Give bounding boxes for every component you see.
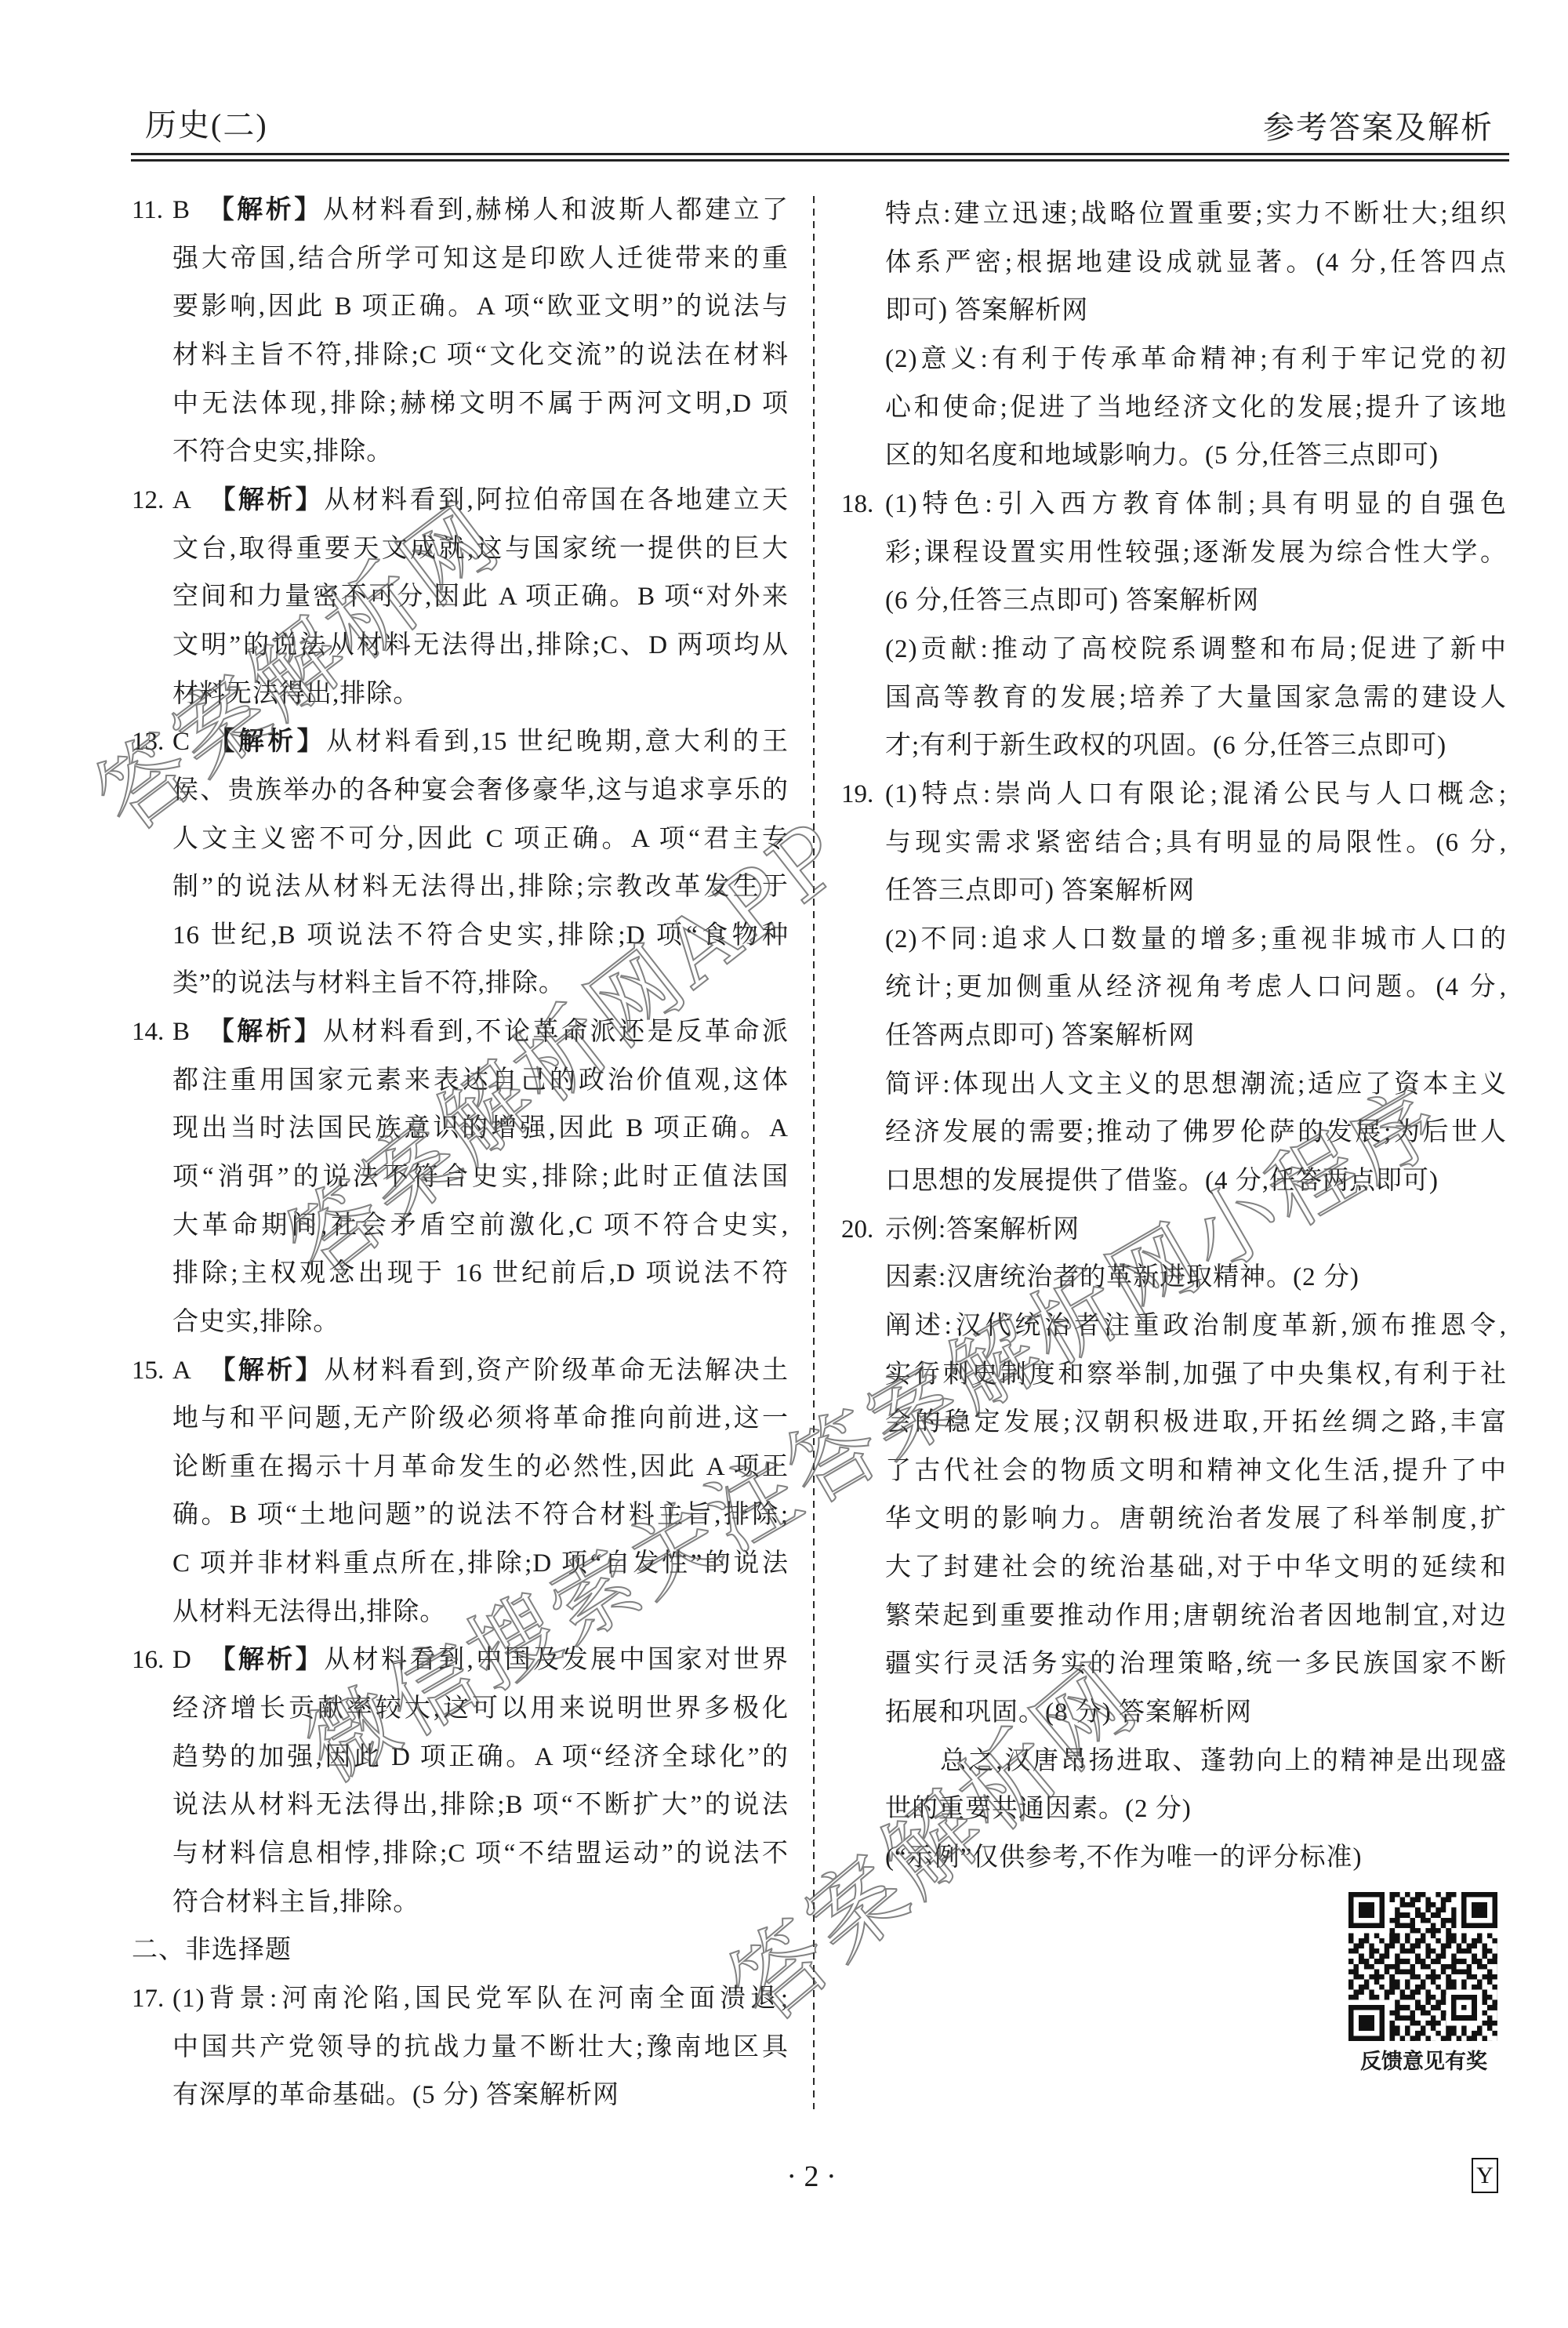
answer-line: 世的重要共通因素。(2 分)	[841, 1785, 1507, 1834]
qr-caption: 反馈意见有奖	[1345, 2049, 1502, 2076]
answer-line: 人文主义密不可分,因此 C 项正确。A 项“君主专	[132, 815, 789, 864]
answer-line: 16 世纪,B 项说法不符合史实,排除;D 项“食物种	[132, 912, 789, 961]
answer-line: (2)贡献:推动了高校院系调整和布局;促进了新中	[841, 626, 1507, 674]
question-18: 18.(1)特色:引入西方教育体制;具有明显的自强色 彩;课程设置实用性较强;逐…	[841, 481, 1507, 771]
question-number: 16.	[132, 1636, 164, 1685]
answer-choice: D	[172, 1646, 192, 1674]
answer-line: 都注重用国家元素来表达自己的政治价值观,这体	[132, 1057, 789, 1106]
answer-line: 从材料无法得出,排除。	[132, 1589, 789, 1637]
line-text: (1)背景:河南沦陷,国民党军队在河南全面溃退;	[172, 1985, 789, 2013]
question-number: 14.	[132, 1008, 164, 1057]
answer-line: 14.B【解析】从材料看到,不论革命派还是反革命派	[132, 1008, 789, 1057]
section-title: 参考答案及解析	[1263, 112, 1494, 143]
answer-line: 任答两点即可) 答案解析网	[841, 1012, 1507, 1061]
question-15: 15.A【解析】从材料看到,资产阶级革命无法解决土 地与和平问题,无产阶级必须将…	[132, 1347, 789, 1637]
answer-line: 阐述:汉代统治者注重政治制度革新,颁布推恩令,	[841, 1302, 1507, 1351]
answer-line: 中无法体现,排除;赫梯文明不属于两河文明,D 项	[132, 380, 789, 429]
subject-title: 历史(二)	[145, 110, 268, 141]
answer-line: 排除;主权观念出现于 16 世纪前后,D 项说法不符	[132, 1250, 789, 1298]
answer-line: 统计;更加侧重从经济视角考虑人口问题。(4 分,	[841, 964, 1507, 1012]
line-text: 从材料看到,阿拉伯帝国在各地建立天	[324, 486, 789, 514]
question-11: 11.B【解析】从材料看到,赫梯人和波斯人都建立了 强大帝国,结合所学可知这是印…	[132, 187, 789, 477]
answer-line: 国高等教育的发展;培养了大量国家急需的建设人	[841, 674, 1507, 723]
answer-line: 19.(1)特点:崇尚人口有限论;混淆公民与人口概念;	[841, 771, 1507, 819]
header-rule-bottom	[131, 159, 1509, 162]
line-text: (1)特点:崇尚人口有限论;混淆公民与人口概念;	[885, 780, 1507, 808]
line-text: 从材料看到,不论革命派还是反革命派	[323, 1018, 789, 1046]
answer-line: 11.B【解析】从材料看到,赫梯人和波斯人都建立了	[132, 187, 789, 235]
line-text: 从材料看到,资产阶级革命无法解决土	[324, 1356, 789, 1385]
line-text: 从材料看到,赫梯人和波斯人都建立了	[323, 196, 789, 224]
question-12: 12.A【解析】从材料看到,阿拉伯帝国在各地建立天 文台,取得重要天文成就,这与…	[132, 477, 789, 718]
answer-line: 心和使命;促进了当地经济文化的发展;提升了该地	[841, 384, 1507, 433]
answer-line: 任答三点即可) 答案解析网	[841, 867, 1507, 916]
question-17: 17.(1)背景:河南沦陷,国民党军队在河南全面溃退; 中国共产党领导的抗战力量…	[132, 1975, 789, 2120]
analysis-label: 【解析】	[206, 196, 323, 224]
answer-line: 有深厚的革命基础。(5 分) 答案解析网	[132, 2072, 789, 2120]
answer-line: (6 分,任答三点即可) 答案解析网	[841, 577, 1507, 626]
answer-line: 体系严密;根据地建设成就显著。(4 分,任答四点	[841, 239, 1507, 288]
answer-line: 经济发展的需要;推动了佛罗伦萨的发展;为后世人	[841, 1109, 1507, 1157]
answer-line: 彩;课程设置实用性较强;逐渐发展为综合性大学。	[841, 529, 1507, 578]
analysis-label: 【解析】	[208, 1646, 324, 1674]
left-column: 11.B【解析】从材料看到,赫梯人和波斯人都建立了 强大帝国,结合所学可知这是印…	[132, 187, 789, 2120]
answer-line: 论断重在揭示十月革命发生的必然性,因此 A 项正	[132, 1444, 789, 1492]
answer-line: 总之,汉唐昂扬进取、蓬勃向上的精神是出现盛	[841, 1738, 1507, 1786]
answer-line: 才;有利于新生政权的巩固。(6 分,任答三点即可)	[841, 722, 1507, 771]
question-number: 17.	[132, 1975, 164, 2024]
answer-line: 侯、贵族举办的各种宴会奢侈豪华,这与追求享乐的	[132, 767, 789, 815]
answer-line: 材料主旨不符,排除;C 项“文化交流”的说法在材料	[132, 332, 789, 380]
answer-choice: B	[172, 196, 191, 224]
answer-line: 材料无法得出,排除。	[132, 670, 789, 719]
answer-line: 18.(1)特色:引入西方教育体制;具有明显的自强色	[841, 481, 1507, 529]
question-number: 13.	[132, 718, 164, 767]
line-text: (1)特色:引入西方教育体制;具有明显的自强色	[885, 490, 1507, 518]
question-number: 20.	[841, 1206, 873, 1255]
answer-line: 了古代社会的物质文明和精神文化生活,提升了中	[841, 1447, 1507, 1496]
analysis-label: 【解析】	[208, 1356, 324, 1385]
answer-line: 16.D【解析】从材料看到,中国及发展中国家对世界	[132, 1636, 789, 1685]
question-17-continued: 特点:建立迅速;战略位置重要;实力不断壮大;组织 体系严密;根据地建设成就显著。…	[841, 191, 1507, 481]
answer-line: 合史实,排除。	[132, 1298, 789, 1347]
answer-line: 即可) 答案解析网	[841, 287, 1507, 336]
line-text: 示例:答案解析网	[885, 1215, 1080, 1244]
answer-line: 拓展和巩固。(8 分) 答案解析网	[841, 1689, 1507, 1738]
answer-line: 口思想的发展提供了借鉴。(4 分,任答两点即可)	[841, 1157, 1507, 1206]
answer-line: 因素:汉唐统治者的革新进取精神。(2 分)	[841, 1254, 1507, 1302]
answer-line: 特点:建立迅速;战略位置重要;实力不断壮大;组织	[841, 191, 1507, 239]
answer-line: 繁荣起到重要推动作用;唐朝统治者因地制宜,对边	[841, 1593, 1507, 1641]
answer-line: 文台,取得重要天文成就,这与国家统一提供的巨大	[132, 525, 789, 574]
question-number: 15.	[132, 1347, 164, 1396]
answer-line: 20.示例:答案解析网	[841, 1206, 1507, 1255]
answer-line: 13.C【解析】从材料看到,15 世纪晚期,意大利的王	[132, 718, 789, 767]
answer-line: 与材料信息相悖,排除;C 项“不结盟运动”的说法不	[132, 1830, 789, 1879]
answer-line: 简评:体现出人文主义的思想潮流;适应了资本主义	[841, 1061, 1507, 1110]
analysis-label: 【解析】	[208, 486, 324, 514]
answer-choice: A	[172, 1356, 192, 1385]
column-divider	[813, 196, 815, 2109]
answer-line: 与现实需求紧密结合;具有明显的局限性。(6 分,	[841, 819, 1507, 868]
answer-line: 中国共产党领导的抗战力量不断壮大;豫南地区具	[132, 2024, 789, 2072]
answer-line: 华文明的影响力。唐朝统治者发展了科举制度,扩	[841, 1495, 1507, 1544]
answer-line: 15.A【解析】从材料看到,资产阶级革命无法解决土	[132, 1347, 789, 1396]
question-14: 14.B【解析】从材料看到,不论革命派还是反革命派 都注重用国家元素来表达自己的…	[132, 1008, 789, 1346]
qr-code	[1348, 1892, 1497, 2041]
answer-line: 空间和力量密不可分,因此 A 项正确。B 项“对外来	[132, 573, 789, 622]
question-16: 16.D【解析】从材料看到,中国及发展中国家对世界 经济增长贡献率较大,这可以用…	[132, 1636, 789, 1927]
answer-line: 确。B 项“土地问题”的说法不符合材料主旨,排除;	[132, 1491, 789, 1540]
line-text: 从材料看到,中国及发展中国家对世界	[324, 1646, 789, 1674]
answer-line: 地与和平问题,无产阶级必须将革命推向前进,这一	[132, 1395, 789, 1444]
answer-choice: B	[172, 1018, 191, 1046]
version-mark: Y	[1472, 2158, 1498, 2193]
answer-choice: A	[172, 486, 192, 514]
answer-line: 经济增长贡献率较大,这可以用来说明世界多极化	[132, 1685, 789, 1734]
answer-line: 大革命期间,社会矛盾空前激化,C 项不符合史实,	[132, 1202, 789, 1251]
answer-line: 大了封建社会的统治基础,对于中华文明的延续和	[841, 1544, 1507, 1593]
answer-line: (2)意义:有利于传承革命精神;有利于牢记党的初	[841, 336, 1507, 384]
answer-line: 区的知名度和地域影响力。(5 分,任答三点即可)	[841, 432, 1507, 481]
question-20: 20.示例:答案解析网 因素:汉唐统治者的革新进取精神。(2 分) 阐述:汉代统…	[841, 1206, 1507, 1883]
question-number: 11.	[132, 187, 163, 235]
answer-line: 项“消弭”的说法不符合史实,排除;此时正值法国	[132, 1153, 789, 1202]
answer-line: 强大帝国,结合所学可知这是印欧人迁徙带来的重	[132, 235, 789, 284]
question-number: 18.	[841, 481, 873, 529]
analysis-label: 【解析】	[206, 728, 326, 756]
answer-line: 疆实行灵活务实的治理策略,统一多民族国家不断	[841, 1640, 1507, 1689]
answer-line: C 项并非材料重点所在,排除;D 项“自发性”的说法	[132, 1540, 789, 1589]
right-column: 特点:建立迅速;战略位置重要;实力不断壮大;组织 体系严密;根据地建设成就显著。…	[841, 191, 1507, 1882]
answer-line: 不符合史实,排除。	[132, 428, 789, 477]
answer-line: 文明”的说法从材料无法得出,排除;C、D 两项均从	[132, 622, 789, 670]
question-19: 19.(1)特点:崇尚人口有限论;混淆公民与人口概念; 与现实需求紧密结合;具有…	[841, 771, 1507, 1206]
answer-line: 实行刺史制度和察举制,加强了中央集权,有利于社	[841, 1351, 1507, 1400]
scoring-note: (“示例”仅供参考,不作为唯一的评分标准)	[841, 1834, 1507, 1883]
page-number: · 2 ·	[733, 2158, 890, 2195]
header-rule-top	[131, 153, 1509, 155]
answer-line: 类”的说法与材料主旨不符,排除。	[132, 960, 789, 1008]
answer-choice: C	[172, 728, 191, 756]
answer-line: 现出当时法国民族意识的增强,因此 B 项正确。A	[132, 1105, 789, 1153]
answer-line: (2)不同:追求人口数量的增多;重视非城市人口的	[841, 916, 1507, 964]
answer-line: 制”的说法从材料无法得出,排除;宗教改革发生于	[132, 863, 789, 912]
question-number: 19.	[841, 771, 873, 819]
answer-line: 17.(1)背景:河南沦陷,国民党军队在河南全面溃退;	[132, 1975, 789, 2024]
question-number: 12.	[132, 477, 164, 525]
section-heading: 二、非选择题	[132, 1927, 789, 1975]
analysis-label: 【解析】	[206, 1018, 323, 1046]
line-text: 从材料看到,15 世纪晚期,意大利的王	[326, 728, 789, 756]
answer-line: 符合材料主旨,排除。	[132, 1879, 789, 1927]
answer-line: 趋势的加强,因此 D 项正确。A 项“经济全球化”的	[132, 1734, 789, 1782]
question-13: 13.C【解析】从材料看到,15 世纪晚期,意大利的王 侯、贵族举办的各种宴会奢…	[132, 718, 789, 1008]
answer-line: 会的稳定发展;汉朝积极进取,开拓丝绸之路,丰富	[841, 1399, 1507, 1447]
answer-line: 说法从材料无法得出,排除;B 项“不断扩大”的说法	[132, 1781, 789, 1830]
answer-line: 12.A【解析】从材料看到,阿拉伯帝国在各地建立天	[132, 477, 789, 525]
answer-line: 要影响,因此 B 项正确。A 项“欧亚文明”的说法与	[132, 283, 789, 332]
